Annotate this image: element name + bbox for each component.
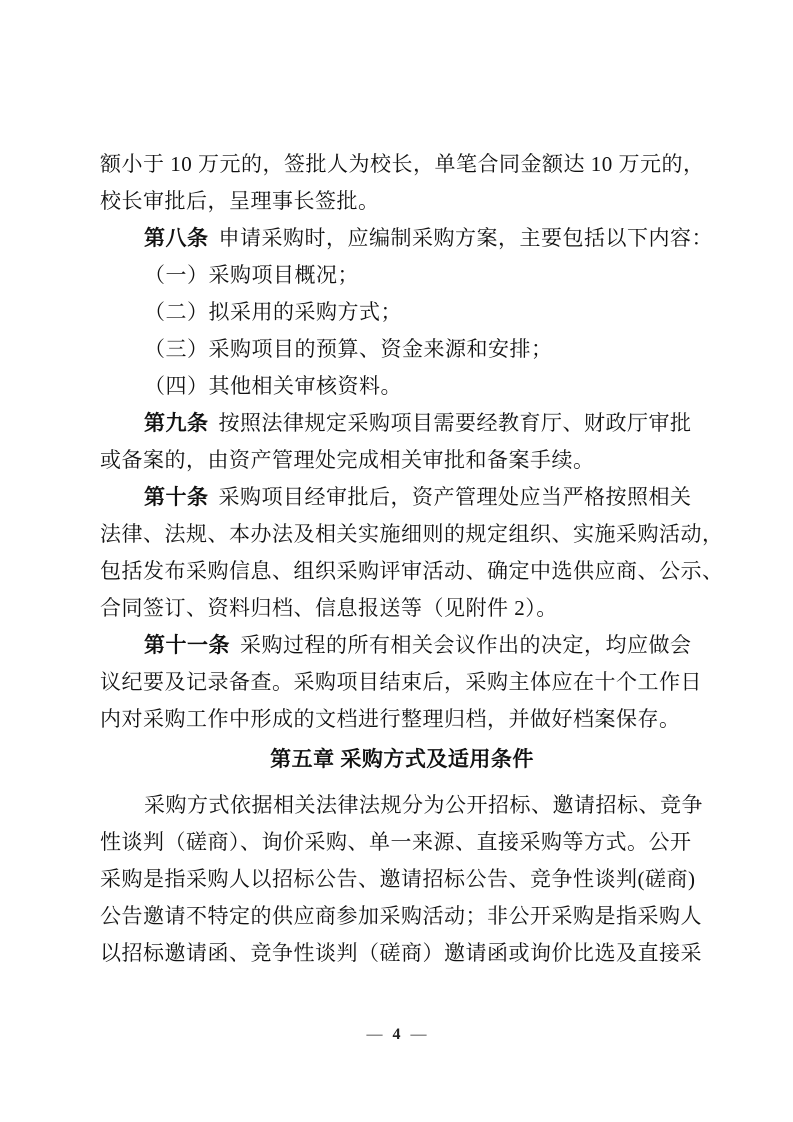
line-text: 性谈判（磋商）、询价采购、单一来源、直接采购等方式。公开	[100, 830, 692, 854]
text-line: 采购方式依据相关法律法规分为公开招标、邀请招标、竞争	[100, 787, 704, 824]
line-text: 以招标邀请函、竞争性谈判（磋商）邀请函或询价比选及直接采	[100, 941, 702, 965]
article-number: 第八条	[144, 226, 209, 250]
article-number: 第十条	[144, 485, 209, 509]
line-text: 申请采购时，应编制采购方案，主要包括以下内容：	[219, 226, 714, 250]
text-line: 额小于 10 万元的，签批人为校长，单笔合同金额达 10 万元的，	[100, 146, 704, 183]
line-text: （一）采购项目概况；	[144, 263, 359, 287]
line-text: 按照法律规定采购项目需要经教育厅、财政厅审批	[219, 411, 692, 435]
line-text: 包括发布采购信息、组织采购评审活动、确定中选供应商、公示、	[100, 559, 724, 583]
line-text: 采购项目经审批后，资产管理处应当严格按照相关	[219, 485, 692, 509]
line-text: 法律、法规、本办法及相关实施细则的规定组织、实施采购活动，	[100, 522, 724, 546]
line-text: 合同签订、资料归档、信息报送等（见附件 2）。	[100, 596, 558, 620]
text-line: 包括发布采购信息、组织采购评审活动、确定中选供应商、公示、	[100, 553, 704, 590]
line-text: 额小于 10 万元的，签批人为校长，单笔合同金额达 10 万元的，	[100, 152, 705, 176]
text-line: 第十条采购项目经审批后，资产管理处应当严格按照相关	[100, 479, 704, 516]
document-body: 额小于 10 万元的，签批人为校长，单笔合同金额达 10 万元的， 校长审批后，…	[100, 146, 704, 972]
text-line: 合同签订、资料归档、信息报送等（见附件 2）。	[100, 590, 704, 627]
text-line: 或备案的，由资产管理处完成相关审批和备案手续。	[100, 442, 704, 479]
line-text: 校长审批后，呈理事长签批。	[100, 189, 380, 213]
line-text: 议纪要及记录备查。采购项目结束后，采购主体应在十个工作日	[100, 670, 702, 694]
line-text: 采购过程的所有相关会议作出的决定，均应做会	[240, 633, 692, 657]
text-line: （一）采购项目概况；	[100, 257, 704, 294]
text-line: 第九条按照法律规定采购项目需要经教育厅、财政厅审批	[100, 405, 704, 442]
text-line: 性谈判（磋商）、询价采购、单一来源、直接采购等方式。公开	[100, 824, 704, 861]
text-line: （四）其他相关审核资料。	[100, 368, 704, 405]
text-line: 采购是指采购人以招标公告、邀请招标公告、竞争性谈判(磋商)	[100, 861, 704, 898]
text-line: （二）拟采用的采购方式；	[100, 294, 704, 331]
footer-dash-right: —	[411, 1026, 427, 1043]
line-text: （三）采购项目的预算、资金来源和安排；	[144, 337, 553, 361]
page-footer: —4—	[0, 1026, 793, 1044]
text-line: 内对采购工作中形成的文档进行整理归档，并做好档案保存。	[100, 701, 704, 738]
text-line: 议纪要及记录备查。采购项目结束后，采购主体应在十个工作日	[100, 664, 704, 701]
article-number: 第九条	[144, 411, 209, 435]
text-line: 第八条申请采购时，应编制采购方案，主要包括以下内容：	[100, 220, 704, 257]
text-line: 法律、法规、本办法及相关实施细则的规定组织、实施采购活动，	[100, 516, 704, 553]
text-line: （三）采购项目的预算、资金来源和安排；	[100, 331, 704, 368]
chapter-heading-text: 第五章 采购方式及适用条件	[270, 747, 534, 771]
text-line: 公告邀请不特定的供应商参加采购活动；非公开采购是指采购人	[100, 898, 704, 935]
line-text: （二）拟采用的采购方式；	[144, 300, 402, 324]
text-line: 以招标邀请函、竞争性谈判（磋商）邀请函或询价比选及直接采	[100, 935, 704, 972]
article-number: 第十一条	[144, 633, 230, 657]
line-text: （四）其他相关审核资料。	[144, 374, 402, 398]
page-number: 4	[393, 1026, 401, 1043]
text-line: 校长审批后，呈理事长签批。	[100, 183, 704, 220]
line-text: 内对采购工作中形成的文档进行整理归档，并做好档案保存。	[100, 707, 681, 731]
document-page: 额小于 10 万元的，签批人为校长，单笔合同金额达 10 万元的， 校长审批后，…	[0, 0, 793, 1122]
footer-dash-left: —	[367, 1026, 383, 1043]
text-line: 第十一条采购过程的所有相关会议作出的决定，均应做会	[100, 627, 704, 664]
line-text: 采购是指采购人以招标公告、邀请招标公告、竞争性谈判(磋商)	[100, 867, 695, 891]
chapter-heading: 第五章 采购方式及适用条件	[100, 741, 704, 778]
line-text: 或备案的，由资产管理处完成相关审批和备案手续。	[100, 448, 595, 472]
line-text: 公告邀请不特定的供应商参加采购活动；非公开采购是指采购人	[100, 904, 702, 928]
line-text: 采购方式依据相关法律法规分为公开招标、邀请招标、竞争	[144, 793, 703, 817]
